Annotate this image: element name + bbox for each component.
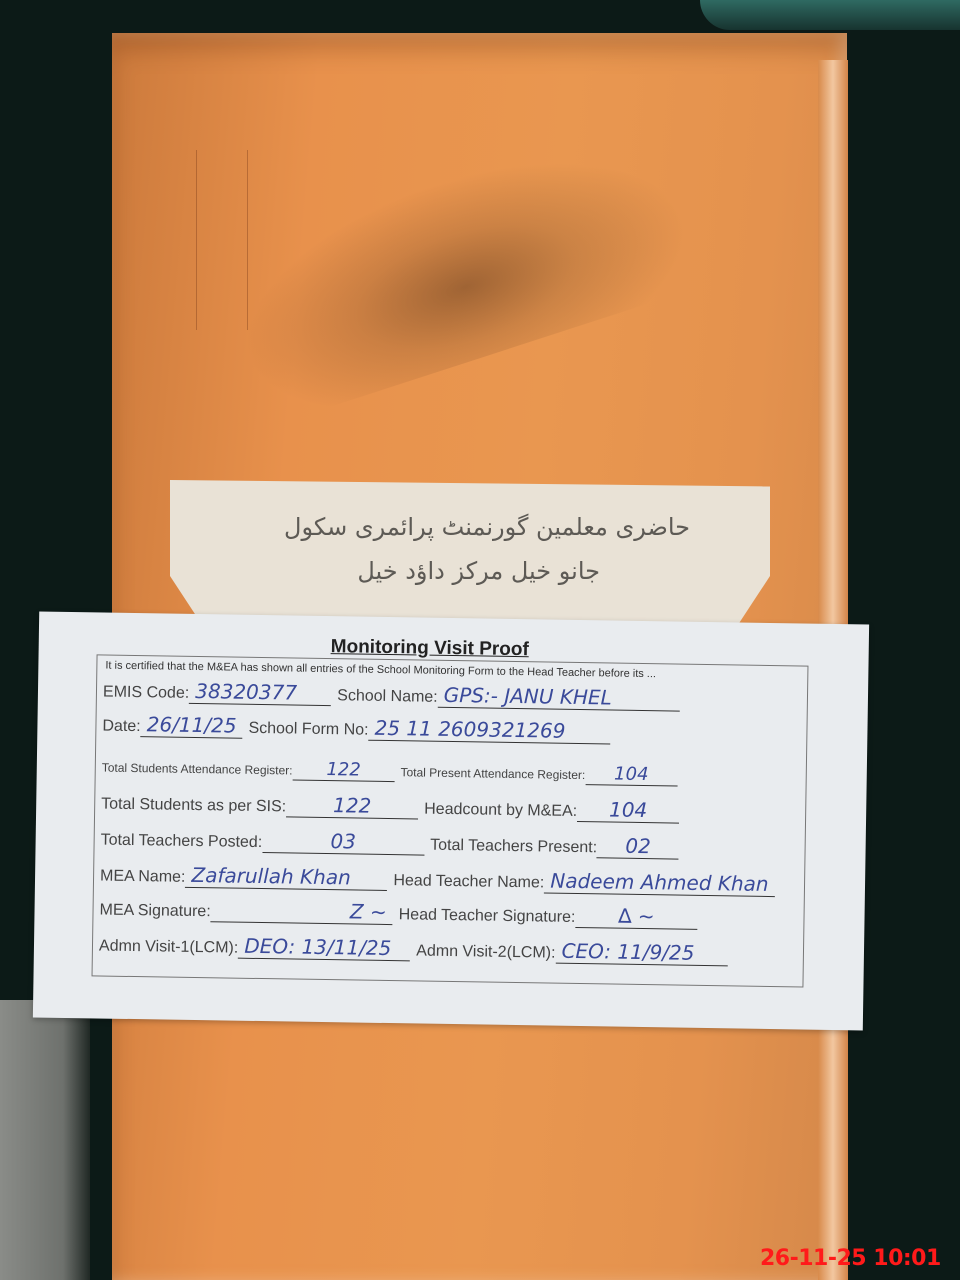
urdu-line-2: جانو خیل مرکز داؤد خیل <box>260 549 690 593</box>
admn-visit-1-value: DEO: 13/11/25 <box>238 934 410 962</box>
form-box: It is certified that the M&EA has shown … <box>92 654 809 987</box>
school-form-no-label: School Form No: <box>248 720 368 739</box>
row-admin-visits: Admn Visit-1(LCM):DEO: 13/11/25Admn Visi… <box>99 931 734 966</box>
mea-name-label: MEA Name: <box>100 867 186 885</box>
total-students-attendance-label: Total Students Attendance Register: <box>102 761 293 778</box>
row-signatures: MEA Signature:Z ~Head Teacher Signature:… <box>99 895 703 929</box>
mea-signature-label: MEA Signature: <box>99 901 210 920</box>
date-value: 26/11/25 <box>141 712 243 739</box>
total-students-sis-value: 122 <box>286 792 418 819</box>
head-teacher-signature-value: ∆ ~ <box>575 903 697 930</box>
total-teachers-posted-label: Total Teachers Posted: <box>101 832 263 852</box>
mea-signature-value: Z ~ <box>211 897 393 925</box>
total-present-attendance-label: Total Present Attendance Register: <box>400 765 585 782</box>
monitoring-visit-proof-card: Monitoring Visit Proof It is certified t… <box>33 612 869 1031</box>
admn-visit-2-value: CEO: 11/9/25 <box>555 939 727 967</box>
date-label: Date: <box>102 718 141 736</box>
total-students-attendance-value: 122 <box>292 759 394 783</box>
total-teachers-posted-value: 03 <box>262 828 424 856</box>
emis-code-value: 38320377 <box>189 679 331 706</box>
pencil-tally-marks <box>196 150 248 330</box>
emis-code-label: EMIS Code: <box>103 684 190 702</box>
head-teacher-signature-label: Head Teacher Signature: <box>399 906 576 926</box>
head-teacher-name-label: Head Teacher Name: <box>393 872 544 891</box>
background-cloth <box>700 0 960 30</box>
form-title: Monitoring Visit Proof <box>331 636 529 661</box>
row-emis-school: EMIS Code:38320377School Name:GPS:- JANU… <box>103 678 686 712</box>
urdu-label-text: حاضری معلمین گورنمنٹ پرائمری سکول جانو خ… <box>260 505 690 593</box>
admn-visit-1-label: Admn Visit-1(LCM): <box>99 937 239 956</box>
urdu-line-1: حاضری معلمین گورنمنٹ پرائمری سکول <box>260 505 690 549</box>
school-name-label: School Name: <box>337 687 438 706</box>
background-floor <box>0 1000 90 1280</box>
school-form-no-value: 25 11 2609321269 <box>368 716 610 745</box>
total-teachers-present-value: 02 <box>597 833 679 859</box>
headcount-mea-label: Headcount by M&EA: <box>424 801 577 820</box>
total-teachers-present-label: Total Teachers Present: <box>430 837 597 857</box>
row-sis-headcount: Total Students as per SIS:122Headcount b… <box>101 790 685 824</box>
headcount-mea-value: 104 <box>577 797 679 824</box>
row-date-form: Date:26/11/25School Form No:25 11 260932… <box>102 712 616 745</box>
row-names: MEA Name:Zafarullah KhanHead Teacher Nam… <box>100 861 781 897</box>
total-present-attendance-value: 104 <box>585 763 677 786</box>
total-students-sis-label: Total Students as per SIS: <box>101 796 286 816</box>
row-attendance-register: Total Students Attendance Register:122To… <box>102 756 684 787</box>
admn-visit-2-label: Admn Visit-2(LCM): <box>416 942 556 961</box>
photo-timestamp: 26-11-25 10:01 <box>760 1246 941 1271</box>
school-name-value: GPS:- JANU KHEL <box>438 683 680 712</box>
head-teacher-name-value: Nadeem Ahmed Khan <box>544 868 775 897</box>
certification-text: It is certified that the M&EA has shown … <box>105 660 656 681</box>
mea-name-value: Zafarullah Khan <box>185 863 387 891</box>
row-teachers: Total Teachers Posted:03Total Teachers P… <box>100 826 685 860</box>
